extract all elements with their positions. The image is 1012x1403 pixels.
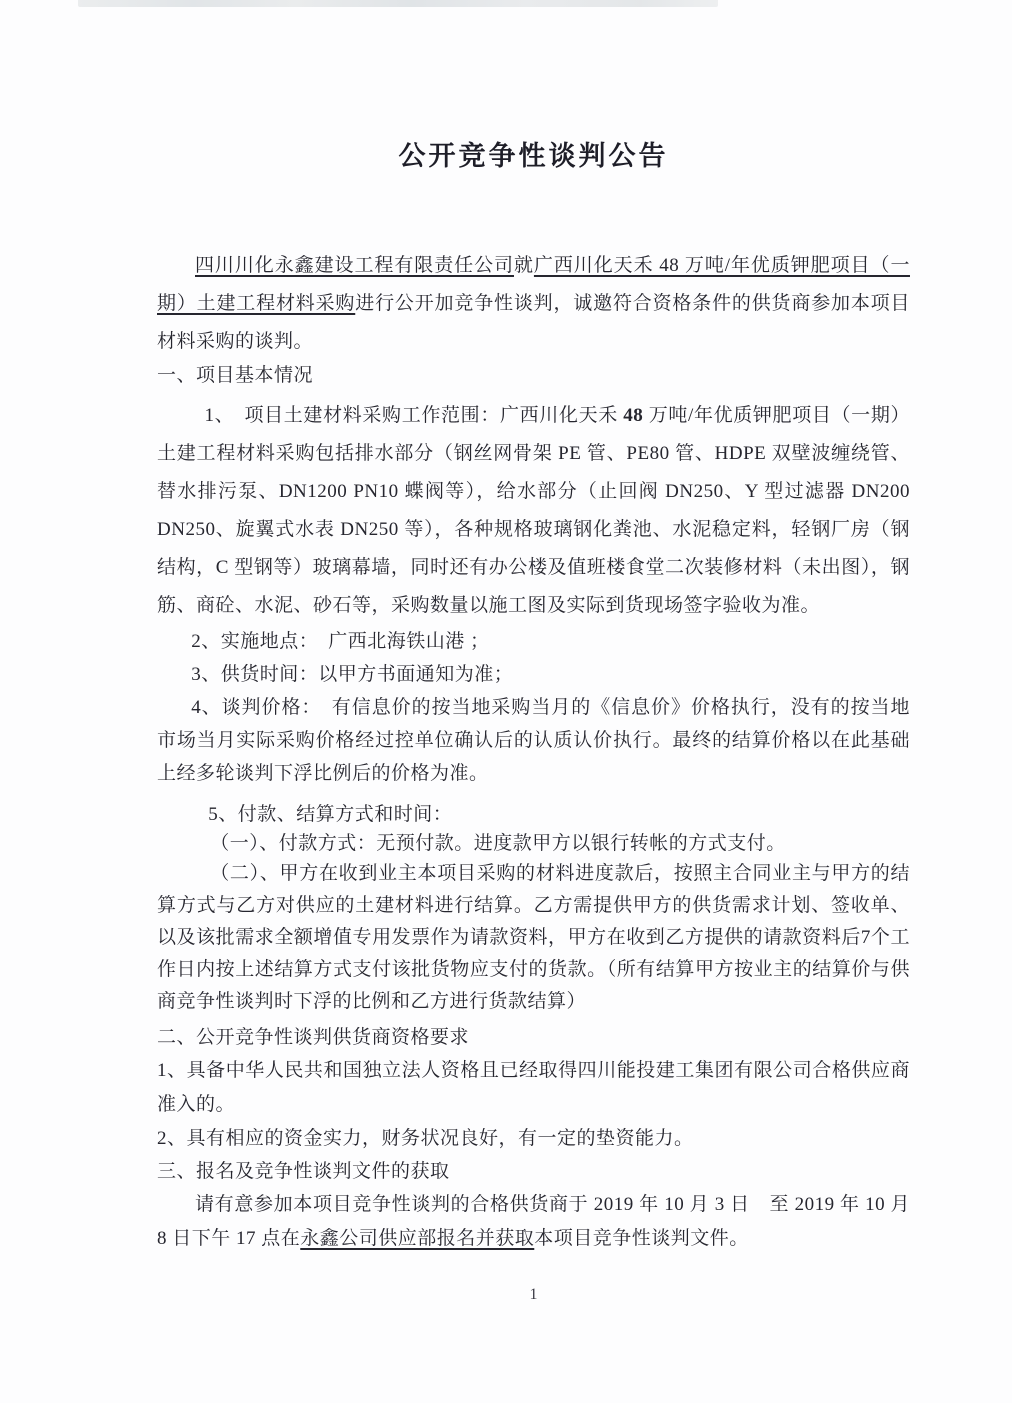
section-2-item-1: 1、具备中华人民共和国独立法人资格且已经取得四川能投建工集团有限公司合格供应商准… [157, 1054, 910, 1122]
section-1-item-5-sub-1: （一）、付款方式：无预付款。进度款甲方以银行转帐的方式支付。 [157, 830, 910, 858]
intro-connector: 就 [514, 255, 534, 276]
document-page: 公开竞争性谈判公告 四川川化永鑫建设工程有限责任公司就广西川化天禾 48 万吨/… [0, 0, 1012, 1403]
document-content: 公开竞争性谈判公告 四川川化永鑫建设工程有限责任公司就广西川化天禾 48 万吨/… [157, 0, 910, 1256]
section-1-item-3: 3、供货时间：以甲方书面通知为准； [157, 658, 910, 691]
section-1-heading: 一、项目基本情况 [157, 361, 910, 391]
item-1-lead: 1、 项目土建材料采购工作范围：广西川化天禾 [205, 405, 624, 426]
section-1-item-4: 4、谈判价格： 有信息价的按当地采购当月的《信息价》价格执行，没有的按当地市场当… [157, 691, 910, 790]
intro-paragraph: 四川川化永鑫建设工程有限责任公司就广西川化天禾 48 万吨/年优质钾肥项目（一期… [157, 247, 910, 361]
final-para-tail: 本项目竞争性谈判文件。 [534, 1228, 749, 1249]
section-3-paragraph: 请有意参加本项目竞争性谈判的合格供货商于 2019 年 10 月 3 日 至 2… [157, 1188, 910, 1256]
section-2-item-2: 2、具有相应的资金实力，财务状况良好，有一定的垫资能力。 [157, 1122, 910, 1156]
section-2-heading: 二、公开竞争性谈判供货商资格要求 [157, 1022, 910, 1054]
item-1-bold-number: 48 [623, 405, 643, 426]
section-1-item-5: 5、付款、结算方式和时间： [157, 800, 910, 830]
signup-location-underlined: 永鑫公司供应部报名并获取 [300, 1228, 534, 1249]
item-1-rest: 万吨/年优质钾肥项目（一期）土建工程材料采购包括排水部分（钢丝网骨架 PE 管、… [157, 405, 910, 616]
section-3-heading: 三、报名及竞争性谈判文件的获取 [157, 1156, 910, 1188]
document-title: 公开竞争性谈判公告 [157, 134, 910, 173]
section-1-item-1: 1、 项目土建材料采购工作范围：广西川化天禾 48 万吨/年优质钾肥项目（一期）… [157, 397, 910, 625]
company-name-underlined: 四川川化永鑫建设工程有限责任公司 [195, 255, 514, 276]
section-1-item-2: 2、实施地点： 广西北海铁山港 ； [157, 625, 910, 658]
page-number: 1 [157, 1286, 910, 1304]
section-1-item-5-sub-2: （二）、甲方在收到业主本项目采购的材料进度款后，按照主合同业主与甲方的结算方式与… [157, 858, 910, 1018]
